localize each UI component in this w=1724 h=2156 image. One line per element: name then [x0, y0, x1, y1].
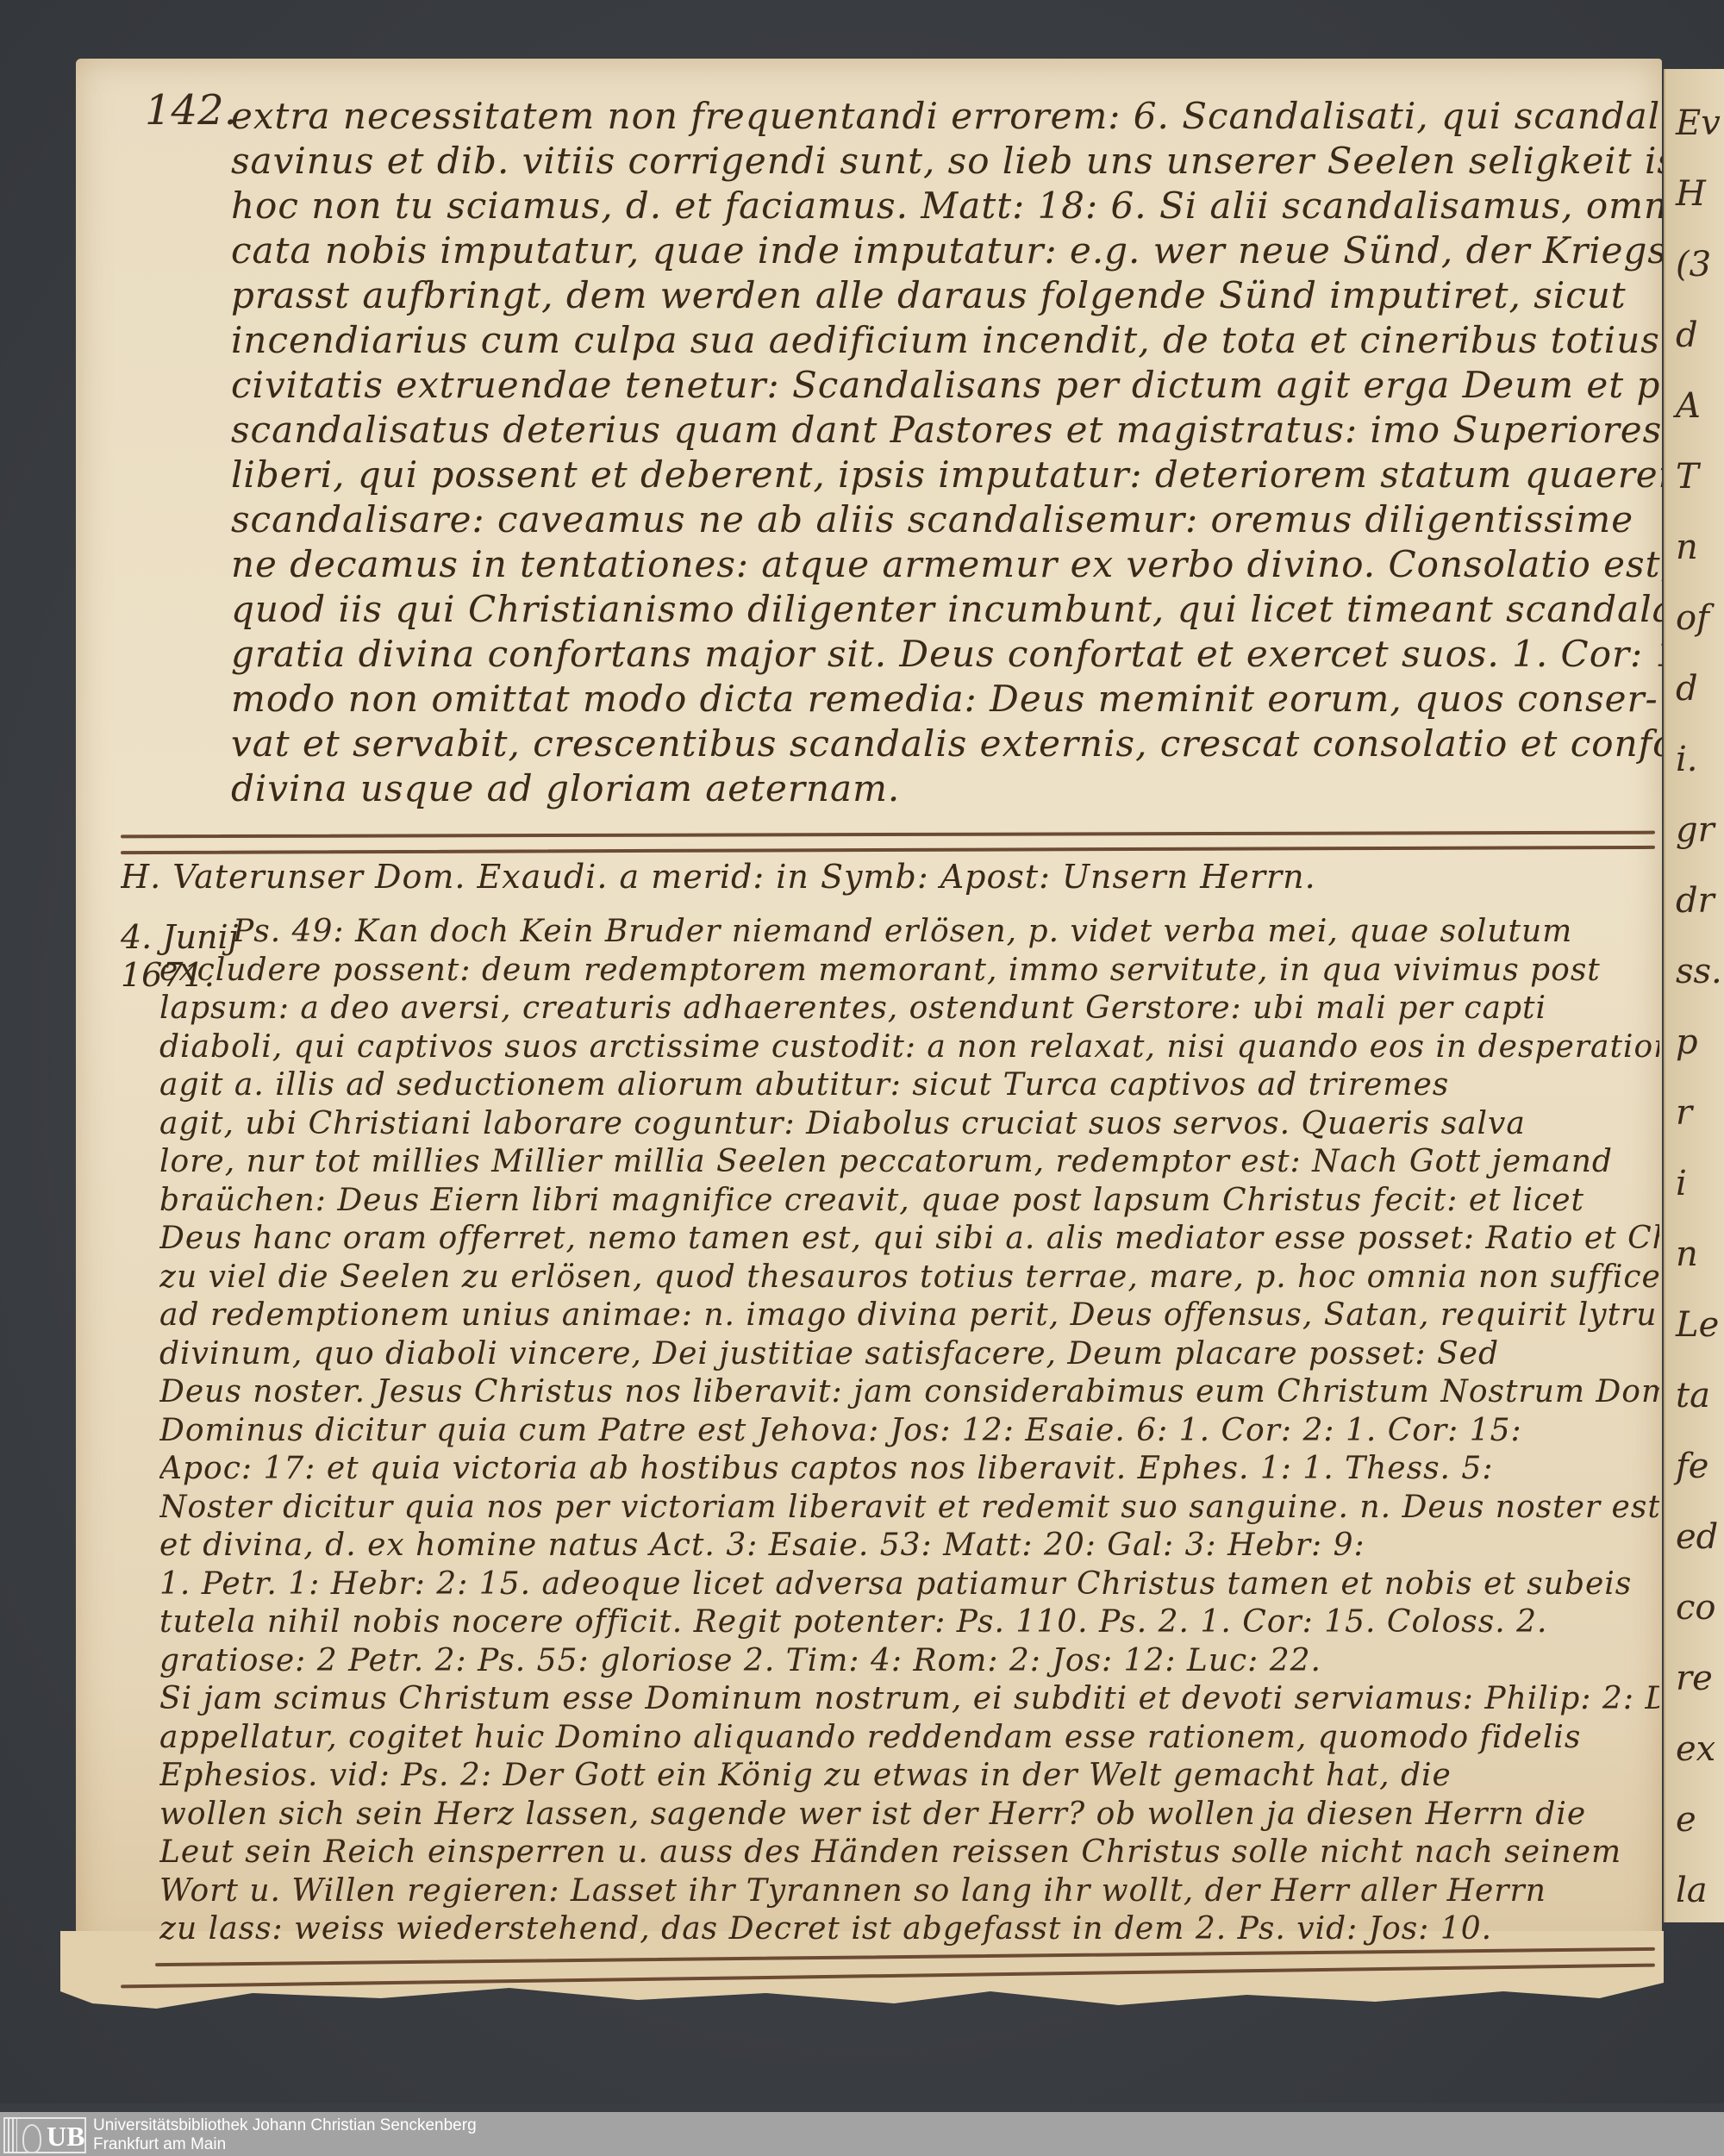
manuscript-line: extra necessitatem non frequentandi erro… [231, 95, 1662, 137]
logo-text: UB [47, 2121, 84, 2153]
manuscript-line: savinus et dib. vitiis corrigendi sunt, … [231, 140, 1662, 182]
margin-date-day: 4. Junij [121, 918, 238, 956]
logo-pillars-icon [3, 2119, 17, 2153]
institution-name: Universitätsbibliothek Johann Christian … [93, 2116, 477, 2154]
manuscript-line: Ps. 49: Kan doch Kein Bruder niemand erl… [233, 914, 1655, 949]
manuscript-line: hoc non tu sciamus, d. et faciamus. Matt… [231, 184, 1662, 227]
manuscript-line: appellatur, cogitet huic Domino aliquand… [159, 1720, 1659, 1755]
manuscript-line: lore, nur tot millies Millier millia See… [159, 1144, 1659, 1179]
manuscript-line: ad redemptionem unius animae: n. imago d… [159, 1297, 1659, 1333]
manuscript-line: braüchen: Deus Eiern libri magnifice cre… [159, 1183, 1659, 1218]
manuscript-line: tutela nihil nobis nocere officit. Regit… [159, 1604, 1659, 1640]
manuscript-line: Deus hanc oram offerret, nemo tamen est,… [159, 1221, 1659, 1256]
adjacent-page-edge: EvH(3dATnofdi.grdrss.prinLetafeedcoreexe… [1664, 69, 1724, 1922]
adjacent-page-fragment: n [1676, 1234, 1698, 1274]
adjacent-page-fragment: fe [1676, 1447, 1708, 1486]
heading-text: H. Vaterunser Dom. Exaudi. a merid: in S… [121, 858, 1316, 896]
adjacent-page-fragment: T [1676, 457, 1699, 497]
adjacent-page-fragment: e [1676, 1800, 1696, 1840]
adjacent-page-fragment: d [1676, 316, 1698, 355]
adjacent-page-fragment: Ev [1676, 103, 1721, 143]
adjacent-page-fragment: ex [1676, 1729, 1715, 1769]
adjacent-page-fragment: ed [1676, 1517, 1718, 1557]
manuscript-line: diaboli, qui captivos suos arctissime cu… [159, 1029, 1659, 1065]
manuscript-line: quod iis qui Christianismo diligenter in… [231, 588, 1662, 630]
adjacent-page-fragment: H [1676, 174, 1706, 214]
adjacent-page-fragment: gr [1676, 810, 1715, 850]
manuscript-line: zu viel die Seelen zu erlösen, quod thes… [159, 1259, 1659, 1295]
manuscript-line: Si jam scimus Christum esse Dominum nost… [159, 1681, 1659, 1716]
manuscript-line: divinum, quo diaboli vincere, Dei justit… [159, 1336, 1659, 1372]
manuscript-line: excludere possent: deum redemptorem memo… [159, 953, 1659, 988]
adjacent-page-fragment: re [1676, 1659, 1713, 1698]
adjacent-page-fragment: p [1676, 1022, 1698, 1062]
manuscript-line: prasst aufbringt, dem werden alle daraus… [231, 274, 1662, 316]
manuscript-line: gratiose: 2 Petr. 2: Ps. 55: gloriose 2.… [159, 1643, 1659, 1678]
manuscript-line: vat et servabit, crescentibus scandalis … [231, 722, 1662, 765]
adjacent-page-fragment: ta [1676, 1376, 1710, 1415]
manuscript-line: liberi, qui possent et deberent, ipsis i… [231, 453, 1662, 496]
manuscript-line: agit, ubi Christiani laborare coguntur: … [159, 1106, 1659, 1141]
adjacent-page-fragment: (3 [1676, 245, 1711, 284]
manuscript-line: et divina, d. ex homine natus Act. 3: Es… [159, 1528, 1659, 1563]
manuscript-line: Noster dicitur quia nos per victoriam li… [159, 1490, 1659, 1525]
manuscript-line: lapsum: a deo aversi, creaturis adhaeren… [159, 991, 1659, 1026]
institution-line-1: Universitätsbibliothek Johann Christian … [93, 2116, 477, 2135]
adjacent-page-fragment: r [1676, 1093, 1692, 1133]
adjacent-page-fragment: A [1676, 386, 1701, 426]
section-2-heading: H. Vaterunser Dom. Exaudi. a merid: in S… [121, 858, 1552, 896]
institution-line-2: Frankfurt am Main [93, 2135, 477, 2154]
adjacent-page-fragment: dr [1676, 881, 1715, 921]
manuscript-line: scandalisare: caveamus ne ab aliis scand… [231, 498, 1662, 541]
adjacent-page-fragment: la [1676, 1871, 1708, 1910]
folio-number: 142. [145, 86, 237, 134]
manuscript-line: cata nobis imputatur, quae inde imputatu… [231, 229, 1662, 272]
adjacent-page-fragment: Le [1676, 1305, 1719, 1345]
manuscript-line: Dominus dicitur quia cum Patre est Jehov… [159, 1413, 1659, 1448]
adjacent-page-fragment: i. [1676, 740, 1698, 779]
manuscript-line: zu lass: weiss wiederstehend, das Decret… [159, 1911, 1659, 1947]
adjacent-page-fragment: d [1676, 669, 1698, 709]
manuscript-line: wollen sich sein Herz lassen, sagende we… [159, 1797, 1659, 1832]
logo-portrait-icon [22, 2124, 41, 2153]
adjacent-page-fragment: of [1676, 598, 1709, 638]
manuscript-line: divina usque ad gloriam aeternam. [231, 767, 1662, 809]
manuscript-line: agit a. illis ad seductionem aliorum abu… [159, 1067, 1659, 1103]
manuscript-line: Wort u. Willen regieren: Lasset ihr Tyra… [159, 1873, 1659, 1909]
adjacent-page-fragment: n [1676, 528, 1698, 567]
manuscript-line: 1. Petr. 1: Hebr: 2: 15. adeoque licet a… [159, 1566, 1659, 1602]
manuscript-line: gratia divina confortans major sit. Deus… [231, 633, 1662, 675]
manuscript-line: civitatis extruendae tenetur: Scandalisa… [231, 364, 1662, 406]
manuscript-line: incendiarius cum culpa sua aedificium in… [231, 319, 1662, 361]
library-footer: UB Universitätsbibliothek Johann Christi… [0, 2112, 1724, 2156]
manuscript-line: Ephesios. vid: Ps. 2: Der Gott ein König… [159, 1758, 1659, 1793]
manuscript-line: Apoc: 17: et quia victoria ab hostibus c… [159, 1451, 1659, 1486]
adjacent-page-fragment: co [1676, 1588, 1715, 1628]
manuscript-line: ne decamus in tentationes: atque armemur… [231, 543, 1662, 585]
adjacent-page-fragment: ss. [1676, 952, 1722, 991]
manuscript-line: Leut sein Reich einsperren u. auss des H… [159, 1834, 1659, 1870]
ub-logo: UB [3, 2117, 86, 2153]
manuscript-line: scandalisatus deterius quam dant Pastore… [231, 409, 1662, 451]
adjacent-page-fragment: i [1676, 1164, 1687, 1203]
manuscript-line: Deus noster. Jesus Christus nos liberavi… [159, 1374, 1659, 1409]
manuscript-line: modo non omittat modo dicta remedia: Deu… [231, 678, 1662, 720]
